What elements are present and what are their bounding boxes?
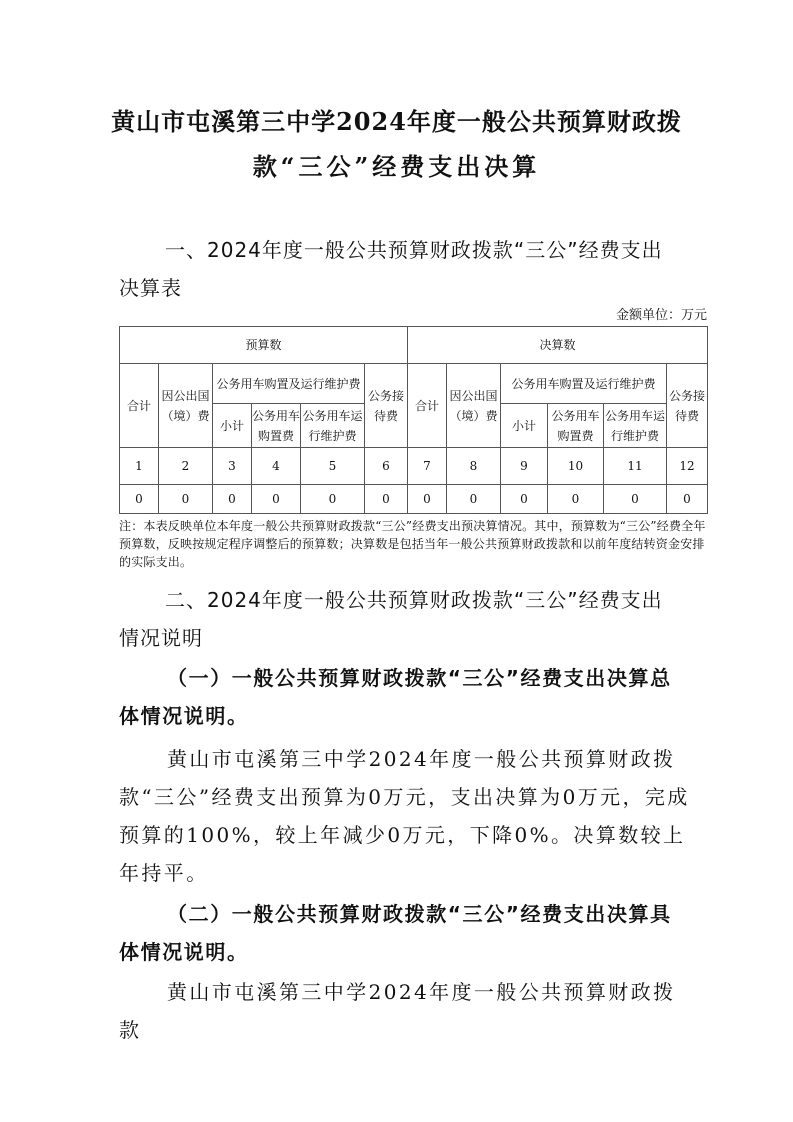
value-cell: 0 [301, 485, 365, 514]
index-cell: 6 [365, 448, 408, 485]
header-budget-vehicle-group: 公务用车购置及运行维护费 [213, 364, 365, 404]
section1-heading-line1: 一、2024年度一般公共预算财政拨款“三公”经费支出 [165, 234, 663, 263]
value-cell: 0 [213, 485, 252, 514]
subsection2-heading: （二）一般公共预算财政拨款“三公”经费支出决算具体情况说明。 [119, 895, 684, 971]
value-cell: 0 [408, 485, 447, 514]
index-cell: 8 [447, 448, 501, 485]
header-budget-total: 合计 [120, 364, 159, 448]
value-cell: 0 [159, 485, 213, 514]
index-cell: 1 [120, 448, 159, 485]
index-cell: 12 [667, 448, 708, 485]
header-final-abroad: 因公出国（境）费 [447, 364, 501, 448]
header-budget-group: 预算数 [120, 327, 408, 364]
value-cell: 0 [501, 485, 548, 514]
table-note: 注：本表反映单位本年度一般公共预算财政拨款“三公”经费支出预决算情况。其中，预算… [119, 517, 709, 571]
header-final-vehicle-group: 公务用车购置及运行维护费 [501, 364, 667, 404]
document-page: 黄山市屯溪第三中学2024年度一般公共预算财政拨 款“三公”经费支出决算 一、2… [0, 0, 793, 1122]
table-row-index: 1 2 3 4 5 6 7 8 9 10 11 12 [120, 448, 708, 485]
value-cell: 0 [548, 485, 604, 514]
section2-heading-line1: 二、2024年度一般公共预算财政拨款“三公”经费支出 [165, 584, 663, 613]
document-title-line1: 黄山市屯溪第三中学2024年度一般公共预算财政拨 [0, 102, 793, 137]
header-budget-subtotal: 小计 [213, 404, 252, 448]
header-final-reception: 公务接待费 [667, 364, 708, 448]
subsection2-body: 黄山市屯溪第三中学2024年度一般公共预算财政拨款 [119, 973, 694, 1049]
header-final-total: 合计 [408, 364, 447, 448]
subsection1-heading: （一）一般公共预算财政拨款“三公”经费支出决算总体情况说明。 [119, 659, 684, 735]
unit-label: 金额单位：万元 [616, 304, 707, 323]
header-final-vehicle-maintenance: 公务用车运行维护费 [604, 404, 667, 448]
three-public-expenses-table: 预算数 决算数 合计 因公出国（境）费 公务用车购置及运行维护费 公务接待费 合… [119, 326, 708, 514]
header-budget-vehicle-maintenance: 公务用车运行维护费 [301, 404, 365, 448]
index-cell: 7 [408, 448, 447, 485]
index-cell: 10 [548, 448, 604, 485]
value-cell: 0 [252, 485, 301, 514]
value-cell: 0 [120, 485, 159, 514]
subsection1-body: 黄山市屯溪第三中学2024年度一般公共预算财政拨款“三公”经费支出预算为0万元，… [119, 740, 694, 892]
header-final-subtotal: 小计 [501, 404, 548, 448]
header-budget-vehicle-purchase: 公务用车购置费 [252, 404, 301, 448]
value-cell: 0 [667, 485, 708, 514]
value-cell: 0 [365, 485, 408, 514]
value-cell: 0 [604, 485, 667, 514]
document-title-line2: 款“三公”经费支出决算 [0, 147, 793, 182]
index-cell: 3 [213, 448, 252, 485]
header-final-group: 决算数 [408, 327, 708, 364]
header-final-vehicle-purchase: 公务用车购置费 [548, 404, 604, 448]
index-cell: 4 [252, 448, 301, 485]
header-budget-abroad: 因公出国（境）费 [159, 364, 213, 448]
section2-heading-line2: 情况说明 [119, 622, 203, 651]
index-cell: 2 [159, 448, 213, 485]
header-budget-reception: 公务接待费 [365, 364, 408, 448]
section1-heading-line2: 决算表 [119, 272, 182, 301]
table-row-values: 0 0 0 0 0 0 0 0 0 0 0 0 [120, 485, 708, 514]
index-cell: 5 [301, 448, 365, 485]
index-cell: 11 [604, 448, 667, 485]
index-cell: 9 [501, 448, 548, 485]
value-cell: 0 [447, 485, 501, 514]
